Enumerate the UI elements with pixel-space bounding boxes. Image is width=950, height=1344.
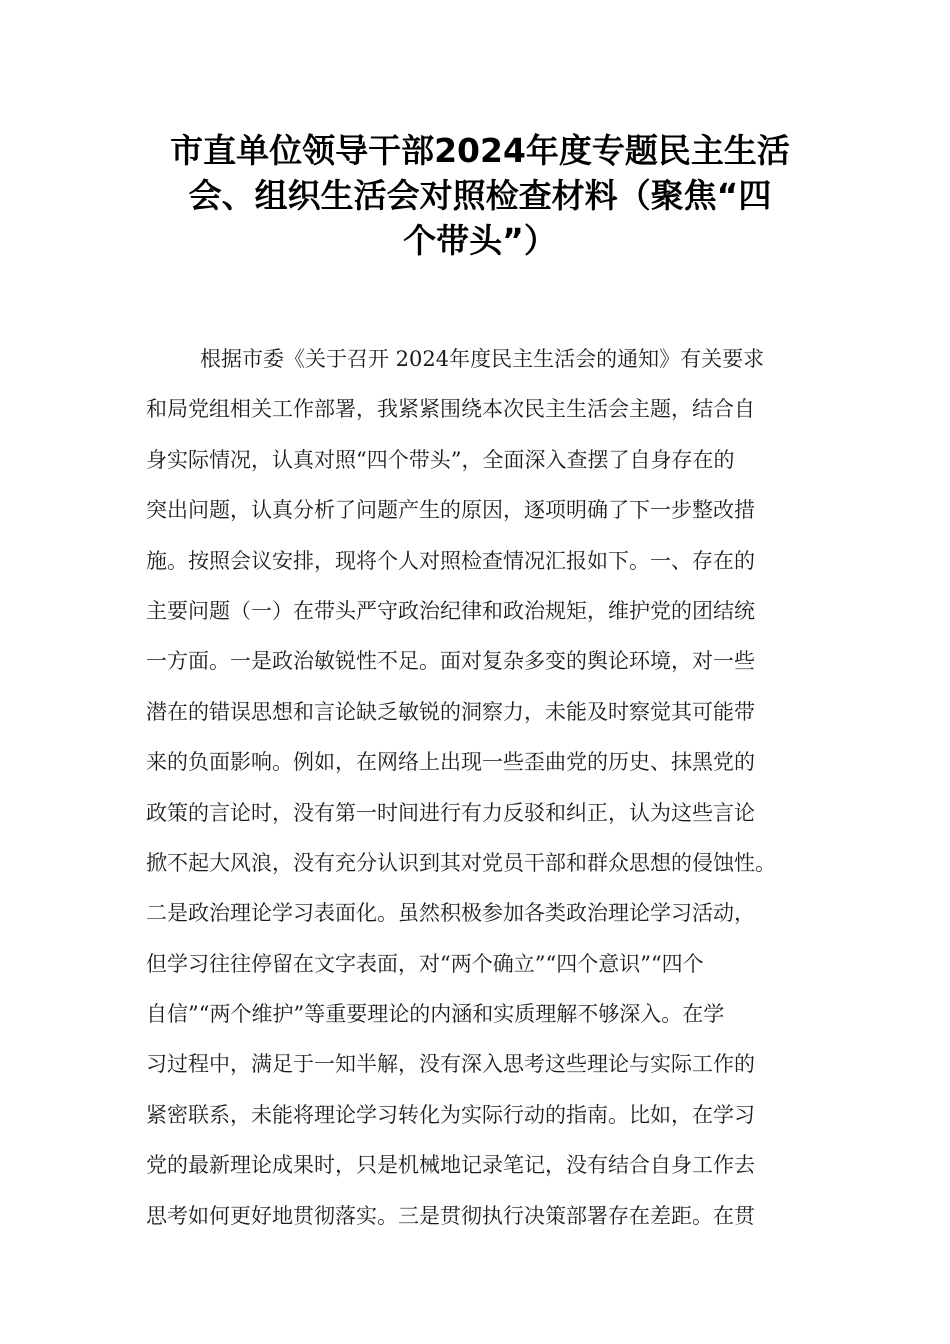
document-title: 市直单位领导干部2024年度专题民主生活 会、组织生活会对照检查材料（聚焦“四 … <box>140 128 820 263</box>
body-line: 但学习往往停留在文字表面，对“两个确立”“四个意识”“四个 <box>146 939 816 989</box>
body-line: 自信”“两个维护”等重要理论的内涵和实质理解不够深入。在学 <box>146 989 816 1039</box>
body-line: 紧密联系，未能将理论学习转化为实际行动的指南。比如，在学习 <box>146 1090 816 1140</box>
body-line: 掀不起大风浪，没有充分认识到其对党员干部和群众思想的侵蚀性。 <box>146 838 816 888</box>
body-line: 潜在的错误思想和言论缺乏敏锐的洞察力，未能及时察觉其可能带 <box>146 687 816 737</box>
body-line: 突出问题，认真分析了问题产生的原因，逐项明确了下一步整改措 <box>146 485 816 535</box>
body-line: 身实际情况，认真对照“四个带头”，全面深入查摆了自身存在的 <box>146 435 816 485</box>
body-line: 根据市委《关于召开 2024年度民主生活会的通知》有关要求 <box>146 334 816 384</box>
body-line: 思考如何更好地贯彻落实。三是贯彻执行决策部署存在差距。在贯 <box>146 1191 816 1241</box>
body-line: 来的负面影响。例如，在网络上出现一些歪曲党的历史、抹黑党的 <box>146 737 816 787</box>
body-line: 政策的言论时，没有第一时间进行有力反驳和纠正，认为这些言论 <box>146 788 816 838</box>
body-line: 和局党组相关工作部署，我紧紧围绕本次民主生活会主题，结合自 <box>146 384 816 434</box>
document-body: 根据市委《关于召开 2024年度民主生活会的通知》有关要求 和局党组相关工作部署… <box>146 334 816 1241</box>
body-line: 习过程中，满足于一知半解，没有深入思考这些理论与实际工作的 <box>146 1039 816 1089</box>
body-line: 二是政治理论学习表面化。虽然积极参加各类政治理论学习活动， <box>146 888 816 938</box>
title-line: 会、组织生活会对照检查材料（聚焦“四 <box>140 173 820 218</box>
body-line: 主要问题（一）在带头严守政治纪律和政治规矩，维护党的团结统 <box>146 586 816 636</box>
title-line: 市直单位领导干部2024年度专题民主生活 <box>140 128 820 173</box>
body-line: 党的最新理论成果时，只是机械地记录笔记，没有结合自身工作去 <box>146 1140 816 1190</box>
body-line: 一方面。一是政治敏锐性不足。面对复杂多变的舆论环境，对一些 <box>146 636 816 686</box>
document-page: 市直单位领导干部2024年度专题民主生活 会、组织生活会对照检查材料（聚焦“四 … <box>0 0 950 1344</box>
title-line: 个带头”） <box>140 218 820 263</box>
body-line: 施。按照会议安排，现将个人对照检查情况汇报如下。一、存在的 <box>146 536 816 586</box>
